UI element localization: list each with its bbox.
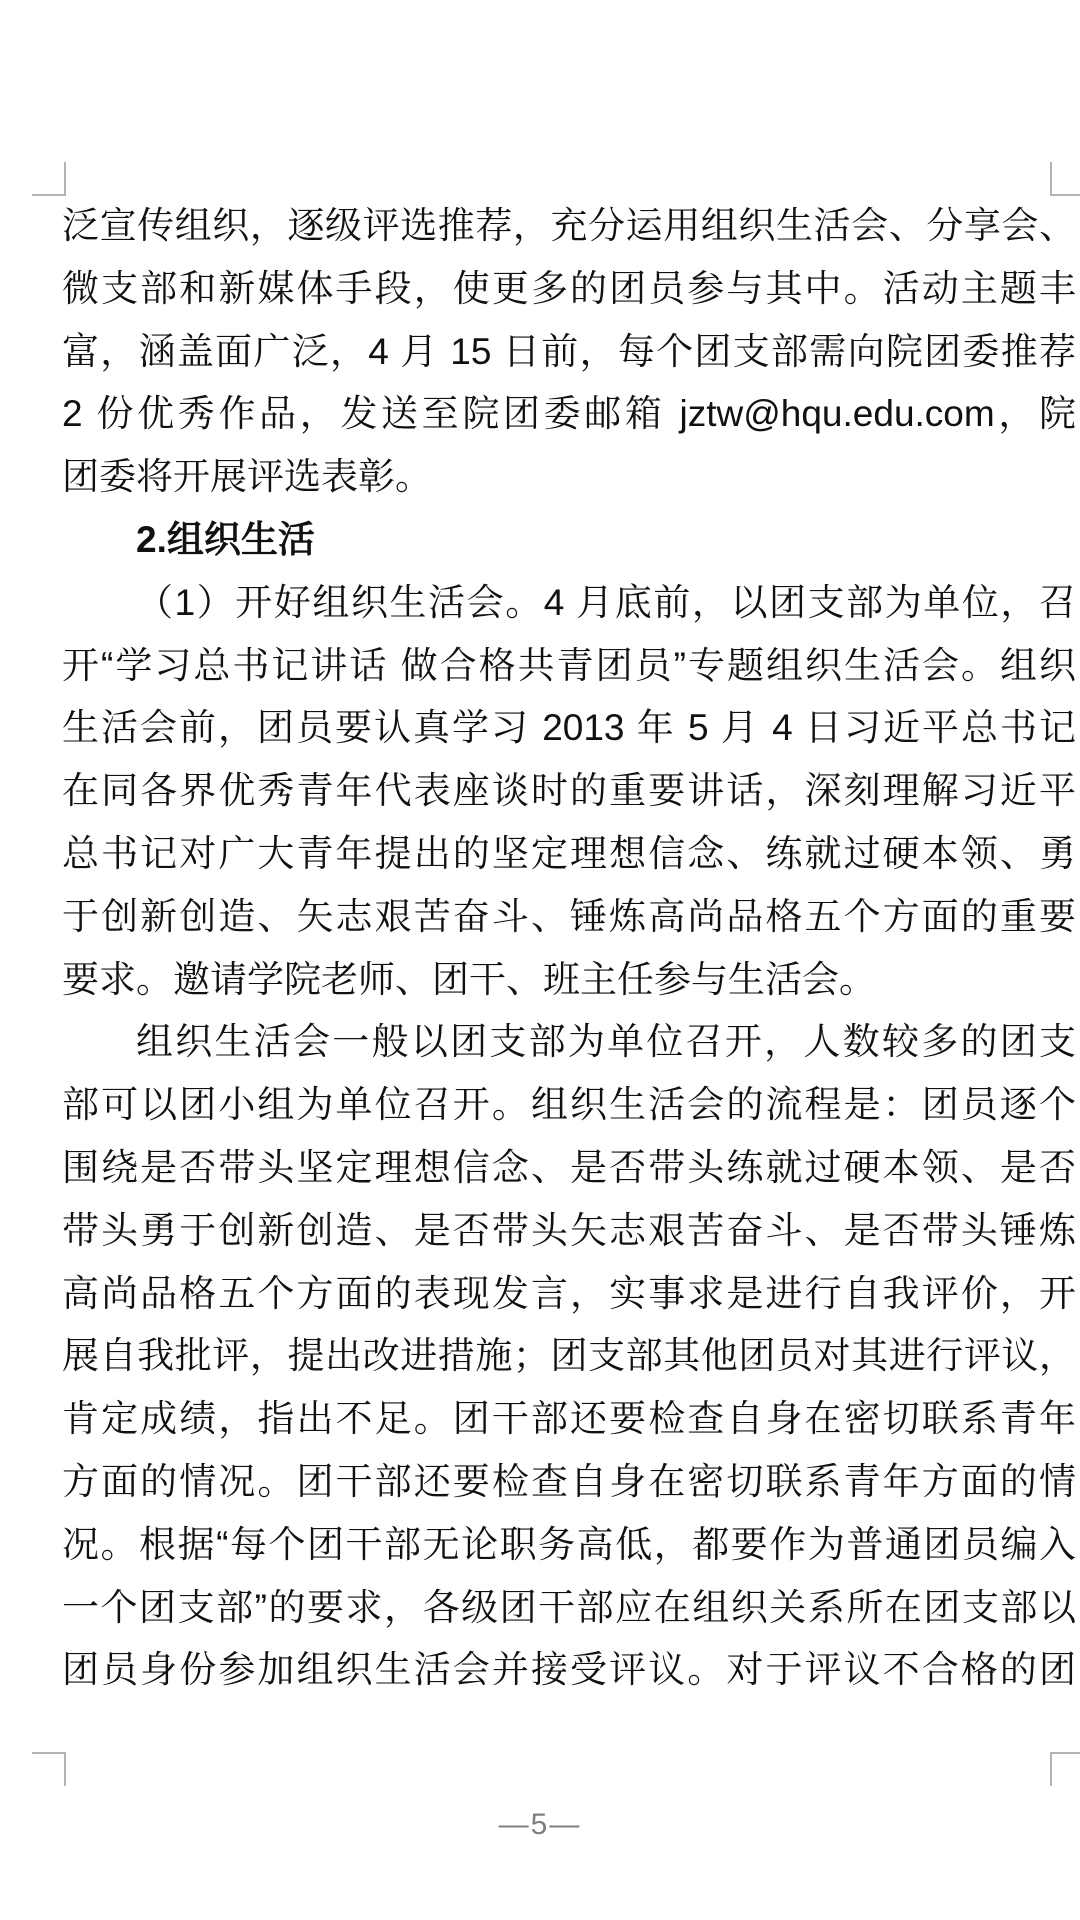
- text-line: 一个团支部”的要求，各级团干部应在组织关系所在团支部以: [62, 1577, 1076, 1640]
- text-line: 团员身份参加组织生活会并接受评议。对于评议不合格的团: [62, 1639, 1076, 1702]
- crop-mark-bottom-right: [1050, 1752, 1080, 1786]
- text-line: 部可以团小组为单位召开。组织生活会的流程是：团员逐个: [62, 1074, 1076, 1137]
- page-number: —5—: [0, 1808, 1080, 1842]
- text-line: 在同各界优秀青年代表座谈时的重要讲话，深刻理解习近平: [62, 760, 1076, 823]
- text-line: 富，涵盖面广泛，4 月 15 日前，每个团支部需向院团委推荐: [62, 321, 1076, 384]
- text-line: 况。根据“每个团干部无论职务高低，都要作为普通团员编入: [62, 1514, 1076, 1577]
- text-line: 肯定成绩，指出不足。团干部还要检查自身在密切联系青年: [62, 1388, 1076, 1451]
- text-line: 带头勇于创新创造、是否带头矢志艰苦奋斗、是否带头锤炼: [62, 1200, 1076, 1263]
- text-line: 方面的情况。团干部还要检查自身在密切联系青年方面的情: [62, 1451, 1076, 1514]
- text-line: 围绕是否带头坚定理想信念、是否带头练就过硬本领、是否: [62, 1137, 1076, 1200]
- text-line: 泛宣传组织，逐级评选推荐，充分运用组织生活会、分享会、: [62, 195, 1076, 258]
- text-line: 要求。邀请学院老师、团干、班主任参与生活会。: [62, 949, 1076, 1012]
- section-heading: 2.组织生活: [62, 509, 1076, 572]
- text-line: 2 份优秀作品，发送至院团委邮箱 jztw@hqu.edu.com，院: [62, 383, 1076, 446]
- text-line: 微支部和新媒体手段，使更多的团员参与其中。活动主题丰: [62, 258, 1076, 321]
- text-line: 开“学习总书记讲话 做合格共青团员”专题组织生活会。组织: [62, 635, 1076, 698]
- text-line: 团委将开展评选表彰。: [62, 446, 1076, 509]
- crop-mark-bottom-left: [32, 1752, 66, 1786]
- text-line: 展自我批评，提出改进措施；团支部其他团员对其进行评议，: [62, 1325, 1076, 1388]
- text-line: 生活会前，团员要认真学习 2013 年 5 月 4 日习近平总书记: [62, 697, 1076, 760]
- crop-mark-top-left: [32, 162, 66, 196]
- text-line: 总书记对广大青年提出的坚定理想信念、练就过硬本领、勇: [62, 823, 1076, 886]
- crop-mark-top-right: [1050, 162, 1080, 196]
- text-line: 高尚品格五个方面的表现发言，实事求是进行自我评价，开: [62, 1263, 1076, 1326]
- document-body: 泛宣传组织，逐级评选推荐，充分运用组织生活会、分享会、 微支部和新媒体手段，使更…: [62, 195, 1076, 1702]
- text-line: 于创新创造、矢志艰苦奋斗、锤炼高尚品格五个方面的重要: [62, 886, 1076, 949]
- text-line: 组织生活会一般以团支部为单位召开，人数较多的团支: [62, 1011, 1076, 1074]
- text-line: （1）开好组织生活会。4 月底前，以团支部为单位，召: [62, 572, 1076, 635]
- document-page: 泛宣传组织，逐级评选推荐，充分运用组织生活会、分享会、 微支部和新媒体手段，使更…: [0, 0, 1080, 1920]
